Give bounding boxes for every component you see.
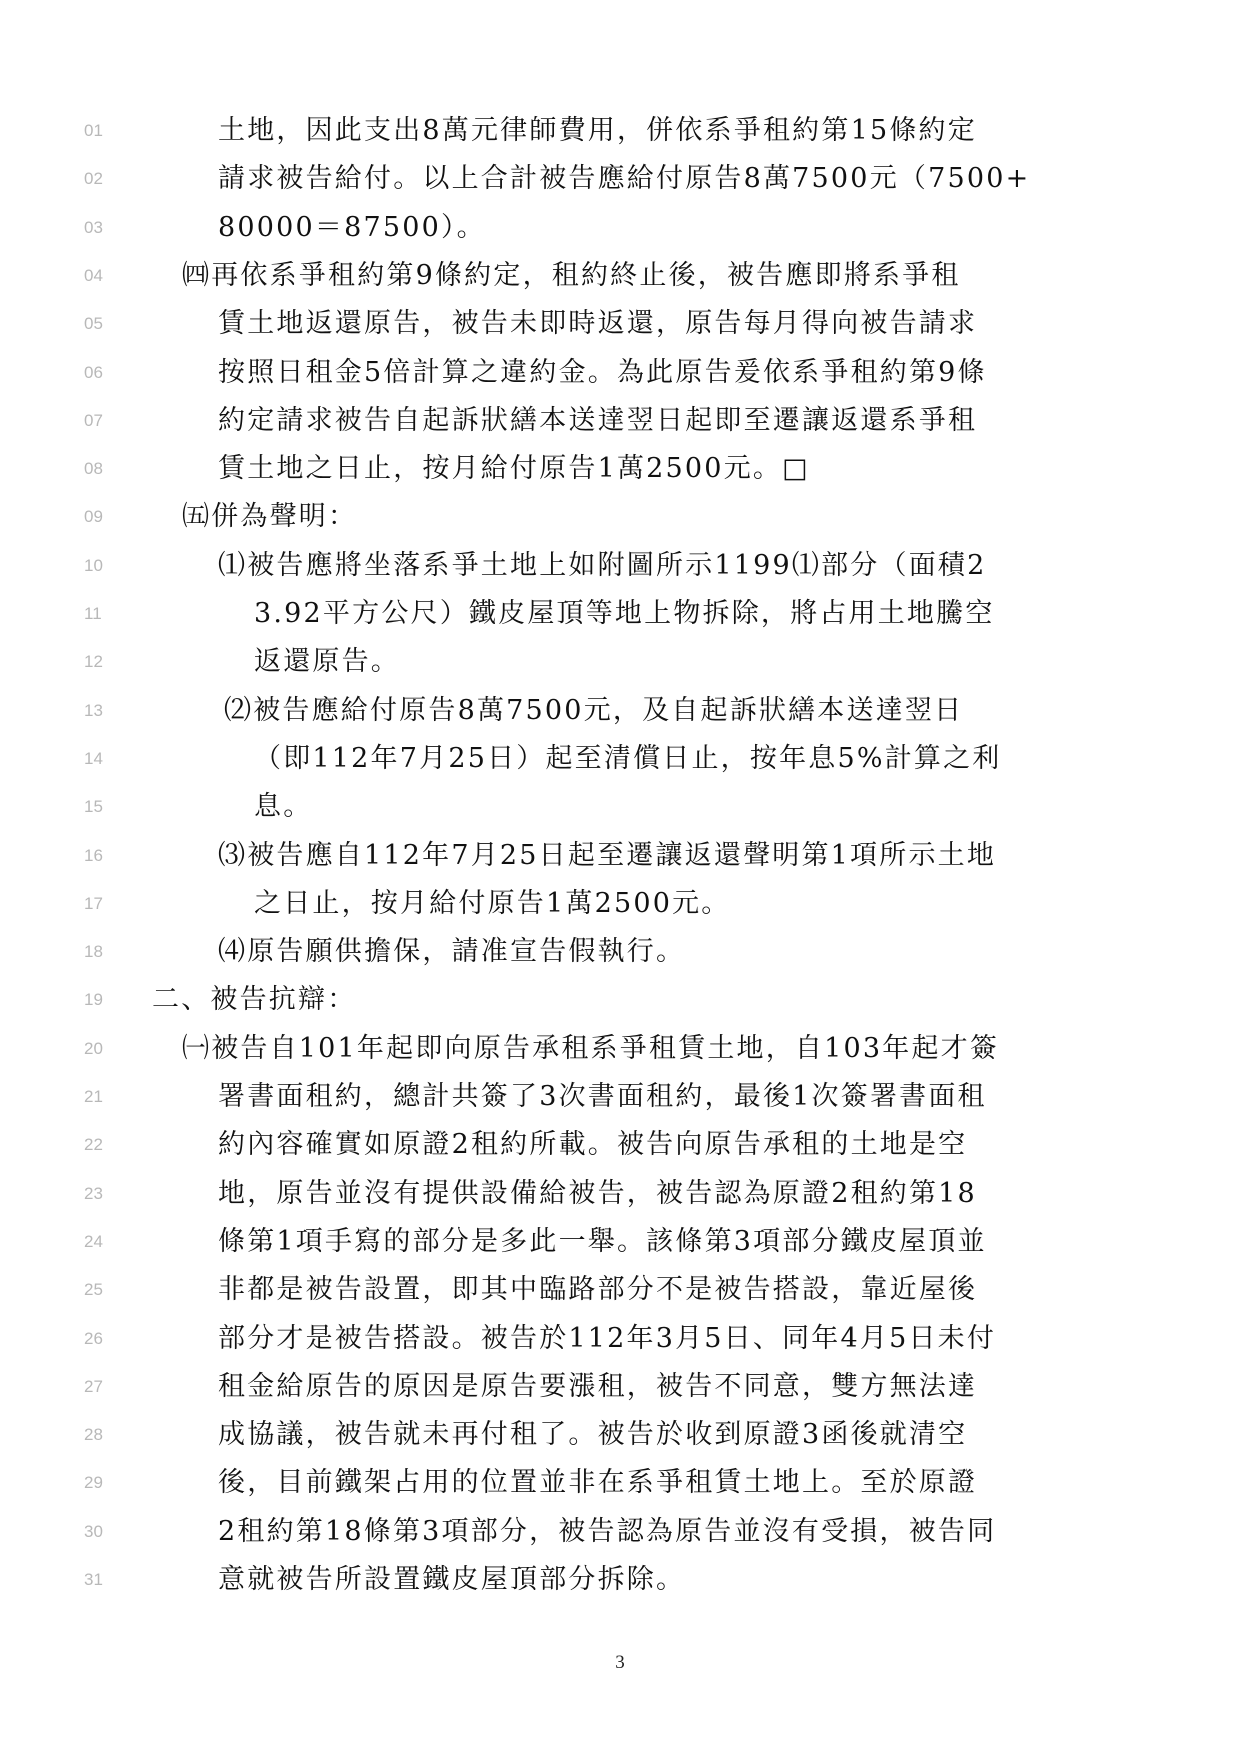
line-number: 04 <box>84 252 124 300</box>
document-line: 28成協議，被告就未再付租了。被告於收到原證3函後就清空 <box>0 1411 1240 1459</box>
document-line: 18⑷原告願供擔保，請准宣告假執行。 <box>0 928 1240 976</box>
line-number: 29 <box>84 1459 124 1507</box>
line-number: 05 <box>84 300 124 348</box>
line-number: 11 <box>84 590 124 638</box>
line-text: 意就被告所設置鐵皮屋頂部分拆除。 <box>218 1556 685 1604</box>
document-line: 302租約第18條第3項部分，被告認為原告並沒有受損，被告同 <box>0 1508 1240 1556</box>
line-number: 06 <box>84 349 124 397</box>
document-line: 20㈠被告自101年起即向原告承租系爭租賃土地，自103年起才簽 <box>0 1025 1240 1073</box>
line-text: ㈤併為聲明： <box>182 493 357 541</box>
line-number: 10 <box>84 542 124 590</box>
document-line: 08賃土地之日止，按月給付原告1萬2500元。□ <box>0 445 1240 493</box>
document-line: 21署書面租約，總計共簽了3次書面租約，最後1次簽署書面租 <box>0 1073 1240 1121</box>
line-number: 15 <box>84 783 124 831</box>
line-text: 署書面租約，總計共簽了3次書面租約，最後1次簽署書面租 <box>218 1073 987 1121</box>
line-number: 01 <box>84 107 124 155</box>
document-line: 04㈣再依系爭租約第9條約定，租約終止後，被告應即將系爭租 <box>0 252 1240 300</box>
line-text: 息。 <box>254 783 312 831</box>
document-line: 10⑴被告應將坐落系爭土地上如附圖所示1199⑴部分（面積2 <box>0 542 1240 590</box>
document-line: 29後，目前鐵架占用的位置並非在系爭租賃土地上。至於原證 <box>0 1459 1240 1507</box>
line-text: 約定請求被告自起訴狀繕本送達翌日起即至遷讓返還系爭租 <box>218 397 977 445</box>
line-text: 約內容確實如原證2租約所載。被告向原告承租的土地是空 <box>218 1121 967 1169</box>
line-number: 21 <box>84 1073 124 1121</box>
document-line: 07約定請求被告自起訴狀繕本送達翌日起即至遷讓返還系爭租 <box>0 397 1240 445</box>
line-text: ㈠被告自101年起即向原告承租系爭租賃土地，自103年起才簽 <box>182 1025 999 1073</box>
line-text: 非都是被告設置，即其中臨路部分不是被告搭設，靠近屋後 <box>218 1266 977 1314</box>
line-text: 土地，因此支出8萬元律師費用，併依系爭租約第15條約定 <box>218 107 977 155</box>
line-text: 請求被告給付。以上合計被告應給付原告8萬7500元（7500+ <box>218 155 1030 203</box>
line-text: 租金給原告的原因是原告要漲租，被告不同意，雙方無法達 <box>218 1363 977 1411</box>
line-number: 17 <box>84 880 124 928</box>
line-number: 20 <box>84 1025 124 1073</box>
document-line: 01土地，因此支出8萬元律師費用，併依系爭租約第15條約定 <box>0 107 1240 155</box>
document-line: 25非都是被告設置，即其中臨路部分不是被告搭設，靠近屋後 <box>0 1266 1240 1314</box>
line-text: 3.92平方公尺）鐵皮屋頂等地上物拆除，將占用土地騰空 <box>254 590 995 638</box>
document-line: 14（即112年7月25日）起至清償日止，按年息5%計算之利 <box>0 735 1240 783</box>
document-line: 113.92平方公尺）鐵皮屋頂等地上物拆除，將占用土地騰空 <box>0 590 1240 638</box>
line-number: 18 <box>84 928 124 976</box>
line-number: 02 <box>84 155 124 203</box>
document-line: 22約內容確實如原證2租約所載。被告向原告承租的土地是空 <box>0 1121 1240 1169</box>
line-text: （即112年7月25日）起至清償日止，按年息5%計算之利 <box>254 735 1002 783</box>
document-line: 15息。 <box>0 783 1240 831</box>
line-number: 24 <box>84 1218 124 1266</box>
document-line: 09㈤併為聲明： <box>0 493 1240 541</box>
line-number: 19 <box>84 976 124 1024</box>
line-text: ⑷原告願供擔保，請准宣告假執行。 <box>218 928 685 976</box>
line-text: ㈣再依系爭租約第9條約定，租約終止後，被告應即將系爭租 <box>182 252 961 300</box>
line-number: 08 <box>84 445 124 493</box>
line-text: 後，目前鐵架占用的位置並非在系爭租賃土地上。至於原證 <box>218 1459 977 1507</box>
line-number: 26 <box>84 1315 124 1363</box>
line-text: 2租約第18條第3項部分，被告認為原告並沒有受損，被告同 <box>218 1508 996 1556</box>
document-line: 13⑵被告應給付原告8萬7500元，及自起訴狀繕本送達翌日 <box>0 687 1240 735</box>
document-line: 19二、被告抗辯： <box>0 976 1240 1024</box>
line-text: 賃土地返還原告，被告未即時返還，原告每月得向被告請求 <box>218 300 977 348</box>
document-line: 23地，原告並沒有提供設備給被告，被告認為原證2租約第18 <box>0 1170 1240 1218</box>
document-line: 12返還原告。 <box>0 638 1240 686</box>
line-text: 80000＝87500）。 <box>218 204 486 252</box>
document-line: 06按照日租金5倍計算之違約金。為此原告爰依系爭租約第9條 <box>0 349 1240 397</box>
line-number: 16 <box>84 832 124 880</box>
line-number: 22 <box>84 1121 124 1169</box>
line-text: ⑴被告應將坐落系爭土地上如附圖所示1199⑴部分（面積2 <box>218 542 987 590</box>
document-line: 24條第1項手寫的部分是多此一舉。該條第3項部分鐵皮屋頂並 <box>0 1218 1240 1266</box>
document-line: 31意就被告所設置鐵皮屋頂部分拆除。 <box>0 1556 1240 1604</box>
document-line: 17之日止，按月給付原告1萬2500元。 <box>0 880 1240 928</box>
line-number: 30 <box>84 1508 124 1556</box>
line-number: 09 <box>84 493 124 541</box>
line-text: 按照日租金5倍計算之違約金。為此原告爰依系爭租約第9條 <box>218 349 987 397</box>
line-text: 二、被告抗辯： <box>152 976 356 1024</box>
line-text: 成協議，被告就未再付租了。被告於收到原證3函後就清空 <box>218 1411 967 1459</box>
line-number: 31 <box>84 1556 124 1604</box>
line-number: 03 <box>84 204 124 252</box>
document-line: 27租金給原告的原因是原告要漲租，被告不同意，雙方無法達 <box>0 1363 1240 1411</box>
line-number: 12 <box>84 638 124 686</box>
document-line: 16⑶被告應自112年7月25日起至遷讓返還聲明第1項所示土地 <box>0 832 1240 880</box>
line-number: 25 <box>84 1266 124 1314</box>
document-line: 02請求被告給付。以上合計被告應給付原告8萬7500元（7500+ <box>0 155 1240 203</box>
line-text: 部分才是被告搭設。被告於112年3月5日、同年4月5日未付 <box>218 1315 996 1363</box>
line-number: 23 <box>84 1170 124 1218</box>
line-text: 條第1項手寫的部分是多此一舉。該條第3項部分鐵皮屋頂並 <box>218 1218 987 1266</box>
line-text: 返還原告。 <box>254 638 400 686</box>
line-number: 07 <box>84 397 124 445</box>
document-page: 01土地，因此支出8萬元律師費用，併依系爭租約第15條約定02請求被告給付。以上… <box>0 0 1240 1755</box>
line-number: 27 <box>84 1363 124 1411</box>
line-text: 地，原告並沒有提供設備給被告，被告認為原證2租約第18 <box>218 1170 977 1218</box>
line-text: ⑵被告應給付原告8萬7500元，及自起訴狀繕本送達翌日 <box>224 687 963 735</box>
document-line: 0380000＝87500）。 <box>0 204 1240 252</box>
document-line: 26部分才是被告搭設。被告於112年3月5日、同年4月5日未付 <box>0 1315 1240 1363</box>
document-line: 05賃土地返還原告，被告未即時返還，原告每月得向被告請求 <box>0 300 1240 348</box>
line-text: 之日止，按月給付原告1萬2500元。 <box>254 880 731 928</box>
line-number: 28 <box>84 1411 124 1459</box>
page-number: 3 <box>0 1652 1240 1674</box>
line-text: ⑶被告應自112年7月25日起至遷讓返還聲明第1項所示土地 <box>218 832 996 880</box>
line-number: 14 <box>84 735 124 783</box>
line-number: 13 <box>84 687 124 735</box>
line-text: 賃土地之日止，按月給付原告1萬2500元。□ <box>218 445 810 493</box>
